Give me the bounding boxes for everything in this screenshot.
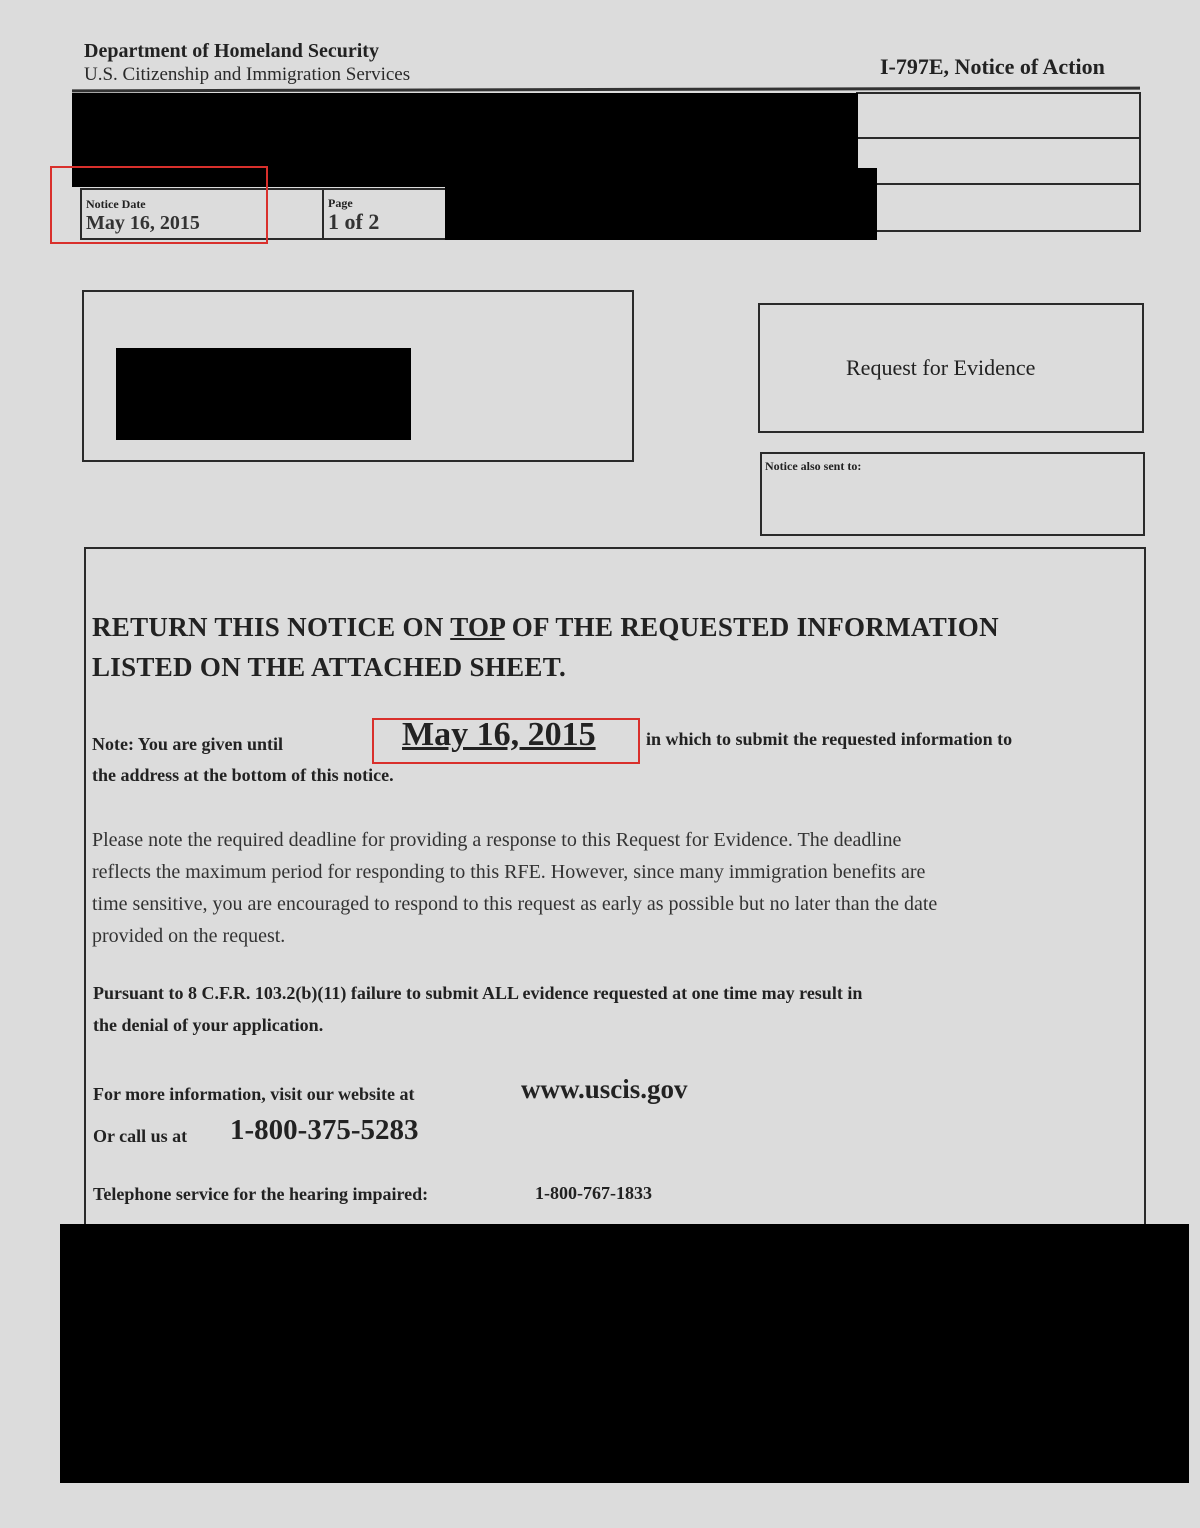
cell-divider [322,190,324,238]
deadline-paragraph: Please note the required deadline for pr… [92,824,937,952]
paragraph-line: time sensitive, you are encouraged to re… [92,888,937,920]
tty-label: Telephone service for the hearing impair… [93,1184,428,1205]
redacted-footer [60,1224,1189,1483]
note-line2: the address at the bottom of this notice… [92,765,394,786]
deadline-highlight [372,718,640,764]
pursuant-line1: Pursuant to 8 C.F.R. 103.2(b)(11) failur… [93,983,862,1004]
grid-divider [856,137,1141,139]
heading-part2: OF THE REQUESTED INFORMATION [505,612,999,642]
call-prefix: Or call us at [93,1126,187,1147]
heading-emphasis: TOP [450,612,504,642]
note-suffix: in which to submit the requested informa… [646,729,1012,750]
form-title: I-797E, Notice of Action [880,54,1105,80]
also-sent-label: Notice also sent to: [765,459,861,474]
website-prefix: For more information, visit our website … [93,1084,414,1105]
paragraph-line: reflects the maximum period for respondi… [92,856,937,888]
paragraph-line: Please note the required deadline for pr… [92,824,937,856]
return-heading-line1: RETURN THIS NOTICE ON TOP OF THE REQUEST… [92,612,999,643]
heading-part1: RETURN THIS NOTICE ON [92,612,450,642]
notice-date-highlight [50,166,268,244]
tty-phone: 1-800-767-1833 [535,1183,652,1204]
receipt-info-grid [856,92,1141,232]
pursuant-line2: the denial of your application. [93,1015,323,1036]
redacted-address [116,348,411,440]
department-name: Department of Homeland Security [84,40,379,63]
notice-type-title: Request for Evidence [846,355,1035,381]
grid-divider [856,183,1141,185]
return-heading-line2: LISTED ON THE ATTACHED SHEET. [92,652,566,683]
agency-name: U.S. Citizenship and Immigration Service… [84,64,410,86]
note-prefix: Note: You are given until [92,734,283,755]
page-value: 1 of 2 [328,209,379,235]
redacted-block [445,168,877,240]
website-link[interactable]: www.uscis.gov [521,1074,688,1105]
paragraph-line: provided on the request. [92,920,937,952]
phone-number: 1-800-375-5283 [230,1114,418,1147]
